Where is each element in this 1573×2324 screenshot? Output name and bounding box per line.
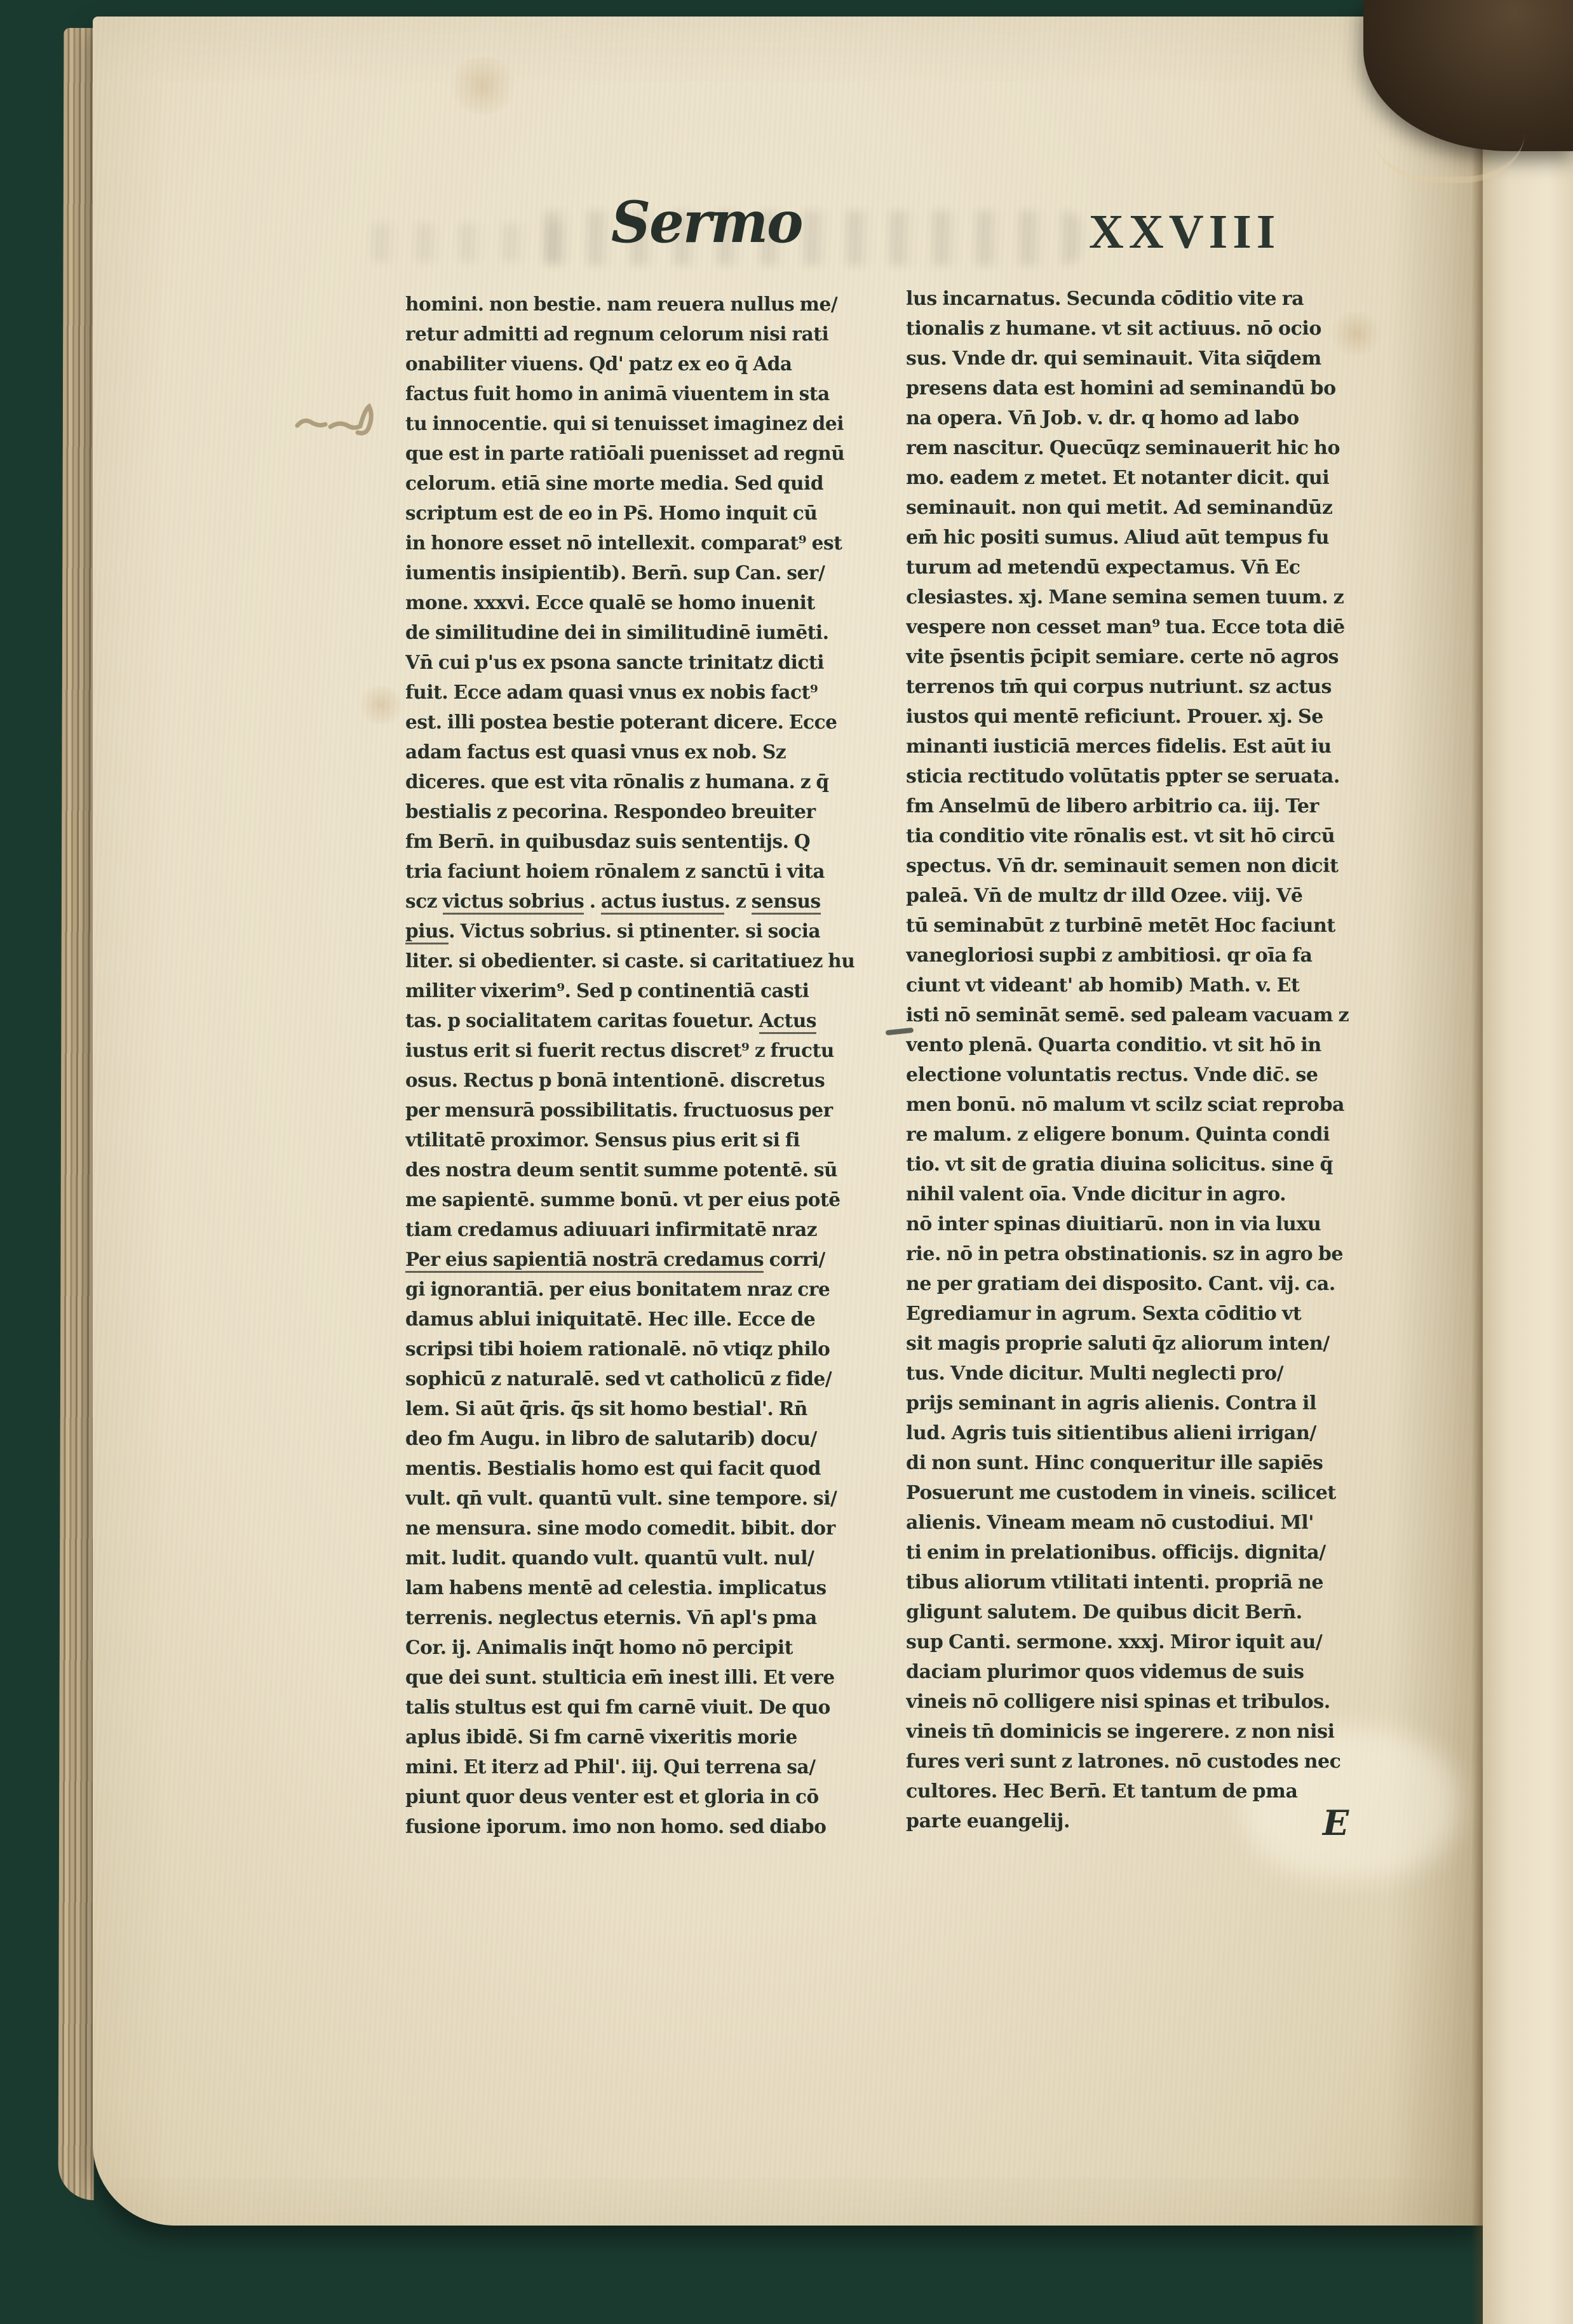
text-line: vanegloriosi supbi z ambitiosi. qr oīa …: [906, 941, 1442, 971]
text-line: pius. Victus sobrius. si ptinenter. si s…: [405, 916, 887, 946]
text-line: electione voluntatis rectus. Vnde dic̄. …: [906, 1060, 1442, 1090]
text-line: mone. xxxvi. Ecce qualē se homo inuenit: [405, 588, 887, 617]
text-line: homini. non bestie. nam reuera nullus me…: [405, 289, 887, 319]
text-line: sit magis proprie saluti q̄z aliorum int…: [906, 1329, 1442, 1359]
text-line: que est in parte ratiōali puenisset ad …: [405, 438, 887, 468]
text-line: fuit. Ecce adam quasi vnus ex nobis fact…: [405, 677, 887, 707]
text-line: lem. Si aūt q̄ris. q̄s sit homo bestial…: [405, 1394, 887, 1423]
text-line: Egrediamur in agrum. Sexta cōditio vt: [906, 1299, 1442, 1329]
text-line: men bonū. nō malum vt scilz sciat repr…: [906, 1090, 1442, 1120]
text-line: tio. vt sit de gratia diuina solicitus. …: [906, 1150, 1442, 1179]
text-line: scz victus sobrius . actus iustus. z sen…: [405, 886, 887, 916]
text-line: rem nascitur. Quecūqz seminauerit hic h…: [906, 433, 1442, 463]
quire-signature-mark: E: [1323, 1803, 1349, 1843]
text-line: vineis tn̄ dominicis se ingerere. z non …: [906, 1717, 1442, 1747]
text-line: vespere non cesset man⁹ tua. Ecce tota d…: [906, 612, 1442, 642]
text-column-left: homini. non bestie. nam reuera nullus me…: [405, 289, 887, 1841]
text-line: gligunt salutem. De quibus dicit Bern̄.: [906, 1597, 1442, 1627]
text-line: tū seminabūt z turbinē metēt Hoc fac…: [906, 911, 1442, 941]
text-line: que dei sunt. stulticia em̄ inest illi. …: [405, 1662, 887, 1692]
text-line: rie. nō in petra obstinationis. sz in a…: [906, 1239, 1442, 1269]
text-line: vento plenā. Quarta conditio. vt sit ho…: [906, 1030, 1442, 1060]
text-line: turum ad metendū expectamus. Vn̄ Ec: [906, 553, 1442, 582]
text-line: adam factus est quasi vnus ex nob. Sz: [405, 737, 887, 767]
text-line: Per eius sapientiā nostrā credamus cor…: [405, 1244, 887, 1274]
text-line: di non sunt. Hinc conqueritur ille sapie…: [906, 1448, 1442, 1478]
text-line: iustus erit si fuerit rectus discret⁹ z …: [405, 1035, 887, 1065]
marginal-pen-squiggle: [294, 395, 382, 446]
ink-bleedthrough: [356, 224, 584, 262]
text-line: des nostra deum sentit summe potentē. s…: [405, 1155, 887, 1185]
text-line: est. illi postea bestie poterant dicere.…: [405, 707, 887, 737]
text-line: damus ablui iniquitatē. Hec ille. Ecce …: [405, 1304, 887, 1334]
text-line: sup Canti. sermone. xxxj. Miror iquit au…: [906, 1627, 1442, 1657]
text-line: mit. ludit. quando vult. quantū vult. n…: [405, 1543, 887, 1573]
text-line: paleā. Vn̄ de multz dr illd Ozee. viij.…: [906, 881, 1442, 911]
text-line: mo. eadem z metet. Et notanter dicit. qu…: [906, 463, 1442, 493]
text-line: gi ignorantiā. per eius bonitatem nraz …: [405, 1274, 887, 1304]
text-line: mentis. Bestialis homo est qui facit quo…: [405, 1453, 887, 1483]
text-line: iustos qui mentē reficiunt. Prouer. xj.…: [906, 702, 1442, 732]
text-line: ne mensura. sine modo comedit. bibit. do…: [405, 1513, 887, 1543]
text-line: parte euangelij.: [906, 1806, 1442, 1836]
text-line: daciam plurimor quos videmus de suis: [906, 1657, 1442, 1687]
text-line: scripsi tibi hoiem rationalē. nō vtiqz…: [405, 1334, 887, 1364]
text-line: Cor. ij. Animalis inq̄t homo nō percipi…: [405, 1632, 887, 1662]
text-line: isti nō seminа̄t semē. sed paleam vacu…: [906, 1000, 1442, 1030]
text-line: terrenis. neglectus eternis. Vn̄ apl's p…: [405, 1602, 887, 1632]
foxing-spot: [356, 686, 407, 724]
text-line: retur admitti ad regnum celorum nisi rat…: [405, 319, 887, 349]
text-line: nō inter spinas diuitiarū. non in via …: [906, 1209, 1442, 1239]
text-line: fures veri sunt z latrones. nō custodes…: [906, 1747, 1442, 1777]
text-line: Posuerunt me custodem in vineis. scilice…: [906, 1478, 1442, 1508]
text-line: me sapientē. summe bonū. vt per eius p…: [405, 1185, 887, 1214]
text-line: tu innocentie. qui si tenuisset imaginez…: [405, 408, 887, 438]
foxing-spot: [445, 57, 521, 114]
text-line: vtilitatē proximor. Sensus pius erit si…: [405, 1125, 887, 1155]
text-line: cultores. Hec Bern̄. Et tantum de pma: [906, 1777, 1442, 1806]
text-line: militer vixerim⁹. Sed p continentiā cas…: [405, 976, 887, 1005]
curved-page-stack-edge: [1372, 81, 1525, 183]
text-line: minanti iusticiā merces fidelis. Est au…: [906, 732, 1442, 762]
text-line: Vn̄ cui p'us ex psona sancte trinitatz d…: [405, 647, 887, 677]
text-line: in honore esset nō intellexit. comparat…: [405, 528, 887, 558]
text-line: de similitudine dei in similitudinē ium…: [405, 617, 887, 647]
text-line: prijs seminant in agris alienis. Contra …: [906, 1388, 1442, 1418]
text-line: re malum. z eligere bonum. Quinta condi: [906, 1120, 1442, 1150]
text-line: fm Anselmū de libero arbitrio ca. iij. …: [906, 791, 1442, 821]
text-line: spectus. Vn̄ dr. seminauit semen non dic…: [906, 851, 1442, 881]
text-line: na opera. Vn̄ Job. v. dr. q homo ad labo: [906, 403, 1442, 433]
text-line: clesiastes. xj. Mane semina semen tuum. …: [906, 582, 1442, 612]
text-line: liter. si obedienter. si caste. si carit…: [405, 946, 887, 976]
text-line: lud. Agris tuis sitientibus alieni irrig…: [906, 1418, 1442, 1448]
text-line: tionalis z humane. vt sit actiuus. nō o…: [906, 314, 1442, 344]
text-line: vite p̄sentis p̄cipit semiare. certe nō…: [906, 642, 1442, 672]
text-line: bestialis z pecorina. Respondeo breuiter: [405, 796, 887, 826]
text-line: tus. Vnde dicitur. Multi neglecti pro/: [906, 1359, 1442, 1388]
text-line: aplus ibidē. Si fm carnē vixeritis mor…: [405, 1722, 887, 1752]
text-line: ti enim in prelationibus. officijs. dign…: [906, 1538, 1442, 1568]
text-line: ne per gratiam dei disposito. Cant. vij.…: [906, 1269, 1442, 1299]
text-line: seminauit. non qui metit. Ad seminandūz: [906, 493, 1442, 523]
facing-page-strip: [1483, 0, 1573, 2324]
text-line: talis stultus est qui fm carnē viuit. D…: [405, 1692, 887, 1722]
text-line: osus. Rectus p bonā intentionē. discre…: [405, 1065, 887, 1095]
text-line: alienis. Vineam meam nō custodiui. Ml': [906, 1508, 1442, 1538]
text-line: iumentis insipientib). Bern̄. sup Can. s…: [405, 558, 887, 588]
text-line: tas. p socialitatem caritas fouetur. Act…: [405, 1005, 887, 1035]
text-line: deo fm Augu. in libro de salutarib) docu…: [405, 1423, 887, 1453]
text-line: piunt quor deus venter est et gloria in …: [405, 1782, 887, 1811]
text-line: fusione iporum. imo non homo. sed diabo: [405, 1811, 887, 1841]
text-line: factus fuit homo in animā viuentem in s…: [405, 379, 887, 408]
text-line: tia conditio vite rōnalis est. vt sit h…: [906, 821, 1442, 851]
folio-number: XXVIII: [1089, 205, 1280, 260]
text-line: terrenos tm̄ qui corpus nutriunt. sz act…: [906, 672, 1442, 702]
text-line: sus. Vnde dr. qui seminauit. Vita siq̄de…: [906, 344, 1442, 373]
text-line: fm Bern̄. in quibusdaz suis sententijs. …: [405, 826, 887, 856]
text-line: onabiliter viuens. Qd' patz ex eo q̄ Ada: [405, 349, 887, 379]
text-line: tria faciunt hoiem rōnalem z sanctū i …: [405, 856, 887, 886]
text-line: celorum. etiā sine morte media. Sed qui…: [405, 468, 887, 498]
text-line: tiam credamus adiuuari infirmitatē nraz: [405, 1214, 887, 1244]
text-line: mini. Et iterz ad Phil'. iij. Qui terren…: [405, 1752, 887, 1782]
text-line: diceres. que est vita rōnalis z humana.…: [405, 767, 887, 796]
text-line: vult. qn̄ vult. quantū vult. sine tempo…: [405, 1483, 887, 1513]
running-header-title: Sermo: [611, 189, 802, 256]
book-photo-scene: Sermo XXVIII homini. non bestie. nam reu…: [0, 0, 1573, 2324]
text-line: per mensurā possibilitatis. fructuosus …: [405, 1095, 887, 1125]
text-line: lam habens mentē ad celestia. implicatu…: [405, 1573, 887, 1602]
text-line: ciunt vt videant' ab homib) Math. v. Et: [906, 971, 1442, 1000]
text-line: vineis nō colligere nisi spinas et trib…: [906, 1687, 1442, 1717]
text-column-right: lus incarnatus. Secunda cōditio vite ra…: [906, 284, 1442, 1836]
text-line: nihil valent oīa. Vnde dicitur in agro.: [906, 1179, 1442, 1209]
text-line: sticia rectitudo volūtatis ppter se ser…: [906, 762, 1442, 791]
text-line: lus incarnatus. Secunda cōditio vite ra: [906, 284, 1442, 314]
text-line: scriptum est de eo in Ps̄. Homo inquit c…: [405, 498, 887, 528]
text-line: tibus aliorum vtilitati intenti. propria…: [906, 1568, 1442, 1597]
text-line: presens data est homini ad seminandū bo: [906, 373, 1442, 403]
text-line: em̄ hic positi sumus. Aliud aūt tempus …: [906, 523, 1442, 553]
text-line: sophicū z naturalē. sed vt catholicū …: [405, 1364, 887, 1394]
